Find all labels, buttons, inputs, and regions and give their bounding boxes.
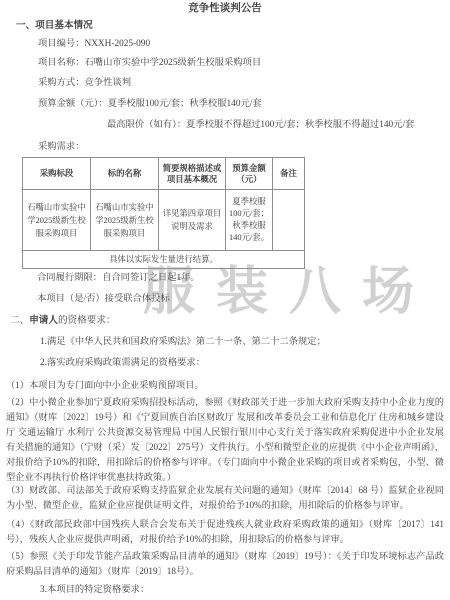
field-procurement-method-value: 竞争性谈判 bbox=[85, 78, 132, 88]
policy-paragraph-5: （5）参照《关于印发节能产品政策采购品目清单的通知》（财库〔2019〕19号）：… bbox=[6, 549, 444, 579]
cell-budget: 夏季校服100元/套；秋季校服140元/套。 bbox=[226, 190, 273, 251]
cell-lot: 石嘴山市实验中学2025级新生校服采购项目 bbox=[23, 190, 91, 251]
section2-heading-bold: 申请人 bbox=[29, 315, 58, 326]
qualification-item-1: 1.满足《中华人民共和国政府采购法》第二十一条、第二十二条规定； bbox=[40, 336, 326, 348]
field-project-number: 项目编号：NXXH-2025-090 bbox=[38, 38, 150, 50]
header-lot: 采购标段 bbox=[23, 158, 91, 190]
cell-remark bbox=[273, 190, 305, 251]
field-max-price: 最高限价（如有）：夏季校服不得超过100元/套；秋季校服不得超过140元/套 bbox=[107, 119, 414, 131]
header-spec: 简要规格描述或项目基本概况 bbox=[159, 158, 226, 190]
cell-subject-name: 石嘴山市实验中学2025级新生校服采购项目 bbox=[91, 190, 159, 251]
section2-heading: 二、申请人的资格要求： bbox=[10, 315, 116, 327]
document-title: 竞争性谈判公告 bbox=[0, 2, 450, 15]
field-budget-amount-label: 预算金额（元）： bbox=[38, 99, 108, 109]
header-remark: 备注 bbox=[273, 158, 305, 190]
header-subject-name: 标的名称 bbox=[91, 158, 159, 190]
announcement-document: 服装八场 竞争性谈判公告 一、项目基本情况 项目编号：NXXH-2025-090… bbox=[0, 0, 450, 600]
policy-paragraph-2: （2）中小微企业参加宁夏政府采购招投标活动，参照《财政部关于进一步加大政府采购支… bbox=[6, 395, 444, 485]
field-project-number-value: NXXH-2025-090 bbox=[85, 39, 151, 49]
section2-heading-suffix: 的资格要求： bbox=[58, 315, 116, 326]
qualification-item-2: 2.落实政府采购政策需满足的资格要求： bbox=[40, 357, 205, 369]
field-procurement-method: 采购方式：竞争性谈判 bbox=[38, 77, 131, 89]
table-header-row: 采购标段 标的名称 简要规格描述或项目基本概况 预算金额（元） 备注 bbox=[23, 158, 305, 190]
field-budget-amount-value: 夏季校服100元/套；秋季校服140元/套 bbox=[108, 99, 262, 109]
qualification-item-3: 3.本项目的特定资格要求： bbox=[40, 584, 149, 596]
header-budget: 预算金额（元） bbox=[226, 158, 273, 190]
field-project-name-label: 项目名称： bbox=[38, 58, 85, 68]
field-project-name: 项目名称：石嘴山市实验中学2025级新生校服采购项目 bbox=[38, 57, 261, 69]
contract-period-line: 合同履行期限：自合同签订之日起1年。 bbox=[37, 272, 200, 284]
consortium-line: 本项目（是/否）接受联合体投标 bbox=[37, 293, 170, 305]
field-budget-amount: 预算金额（元）：夏季校服100元/套；秋季校服140元/套 bbox=[38, 98, 262, 110]
procurement-table: 采购标段 标的名称 简要规格描述或项目基本概况 预算金额（元） 备注 石嘴山市实… bbox=[22, 157, 305, 269]
policy-paragraph-1: （1）本项目为专门面向中小企业采购预留项目。 bbox=[6, 378, 444, 393]
field-procurement-method-label: 采购方式： bbox=[38, 78, 85, 88]
demand-label: 采购需求： bbox=[38, 141, 85, 153]
field-max-price-value: 夏季校服不得超过100元/套；秋季校服不得超过140元/套 bbox=[186, 120, 414, 130]
section2-heading-prefix: 二、 bbox=[10, 315, 29, 326]
field-project-name-value: 石嘴山市实验中学2025级新生校服采购项目 bbox=[85, 58, 262, 68]
cell-settlement-note: 具体以实际发生量进行结算。 bbox=[23, 251, 305, 269]
section1-heading: 一、项目基本情况 bbox=[16, 20, 93, 32]
field-max-price-label: 最高限价（如有）： bbox=[107, 120, 186, 130]
field-project-number-label: 项目编号： bbox=[38, 39, 85, 49]
table-footer-row: 具体以实际发生量进行结算。 bbox=[23, 251, 305, 269]
table-row: 石嘴山市实验中学2025级新生校服采购项目 石嘴山市实验中学2025级新生校服采… bbox=[23, 190, 305, 251]
cell-spec: 详见第四章项目说明及需求 bbox=[159, 190, 226, 251]
policy-paragraph-3: （3）财政部、司法部关于政府采购支持监狱企业发展有关问题的通知》（财库〔2014… bbox=[6, 483, 444, 513]
policy-paragraph-4: （4）《财政部民政部中国残疾人联合会发布关于促进残疾人就业政府采购政策的通知》（… bbox=[6, 517, 444, 547]
